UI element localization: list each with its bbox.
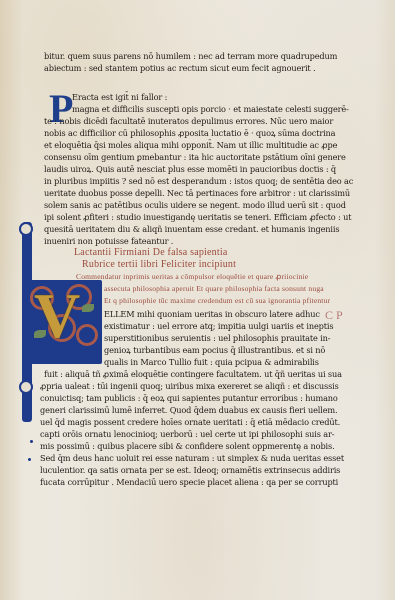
- text-line: conuictisq; tam publicis : q̄ eoꝝ qui sa…: [40, 393, 338, 405]
- text-line: ueritate duobus posse depelli. Nec tā pe…: [44, 188, 350, 200]
- text-line: et eloquētia q̄si moles aliqua mihi oppo…: [44, 140, 337, 152]
- text-line: quesitā ueritatem diu & aliqñ inuentam e…: [44, 224, 339, 236]
- text-line: ipi solent ꝓfiteri : studio inuestigandę…: [44, 212, 351, 224]
- text-line: qualis in Marco Tullio fuit : quia pcipu…: [104, 357, 319, 369]
- text-line: superstitionibus seruientis : uel philos…: [104, 333, 330, 345]
- text-line: fucata corrūpitur . Mendaciū uero specie…: [40, 477, 338, 489]
- initial-letter-v: V: [34, 286, 90, 346]
- dot-ornament-icon: [28, 458, 31, 461]
- dot-ornament-icon: [30, 440, 33, 443]
- flower-ornament-icon: [19, 380, 33, 394]
- text-line: te : nobis dicēdi facultatē inuteratos d…: [44, 116, 333, 128]
- text-line: mis possimū : quibus placere sibi & conf…: [40, 441, 335, 453]
- text-line: genioꝝ turbantibus eam pocius q̄ illustr…: [104, 345, 325, 357]
- margin-annotation: C P: [325, 308, 343, 323]
- rubric-subtitle: Rubrice tertii libri Feliciter incipiunt: [82, 259, 236, 271]
- text-line: luculentior. qa satis ornata per se est.…: [40, 465, 340, 477]
- text-line: capti orōis ornatu lenocinioq; uerborū :…: [40, 429, 334, 441]
- text-line: existimatur : uel errore atq; impitia uu…: [104, 321, 333, 333]
- text-line: ꝓpria ualeat : tūi ingenii quoq; uiribus…: [40, 381, 339, 393]
- text-line: uel q̄d magis possent credere hoīes orna…: [40, 417, 340, 429]
- text-line: abiectum : sed stantem potius ac rectum …: [44, 63, 315, 75]
- text-line: solem sanis ac patētibus oculis uidere s…: [44, 200, 346, 212]
- flower-ornament-icon: [19, 222, 33, 236]
- rubric-title: Lactantii Firmiani De falsa sapientia: [74, 247, 227, 259]
- text-line: nobis ac difficilior cū philosophis ꝓpos…: [44, 128, 335, 140]
- text-line: inueniri non potuisse fateantur .: [44, 236, 173, 248]
- text-line: ELLEM mihi quoniam ueritas in obscuro la…: [104, 309, 320, 321]
- text-line: fuit : aliquā tñ ꝓximā eloquētie conting…: [44, 369, 342, 381]
- text-line: consensu oīm gentium ꝑmebantur : ita hic…: [44, 152, 346, 164]
- text-line: laudis uiroꝝ. Quis autē nesciat plus ess…: [44, 164, 336, 176]
- rubric-line: assecuta philosophia aperuit Et quare ph…: [104, 283, 324, 295]
- text-line: Eracta est igit̄ ni fallor :: [72, 92, 167, 104]
- text-line: generi clarissimū lumē inferret. Quod q̄…: [40, 405, 338, 417]
- text-line: Sed q̄m deus hanc uoluit rei esse natura…: [40, 453, 344, 465]
- text-line: bitur. quem suus parens nō humilem : nec…: [44, 51, 337, 63]
- rubric-line: Et q philosophie tūc maxime credendum es…: [104, 295, 330, 307]
- illuminated-initial-v: V: [26, 280, 102, 364]
- rubric-line: Commendatur inprimis ueritas a cōmpulsor…: [76, 271, 308, 283]
- text-line: in pluribus impiitis ? sed nō est desper…: [44, 176, 353, 188]
- text-line: magna et difficilis suscepti opis porcio…: [72, 104, 349, 116]
